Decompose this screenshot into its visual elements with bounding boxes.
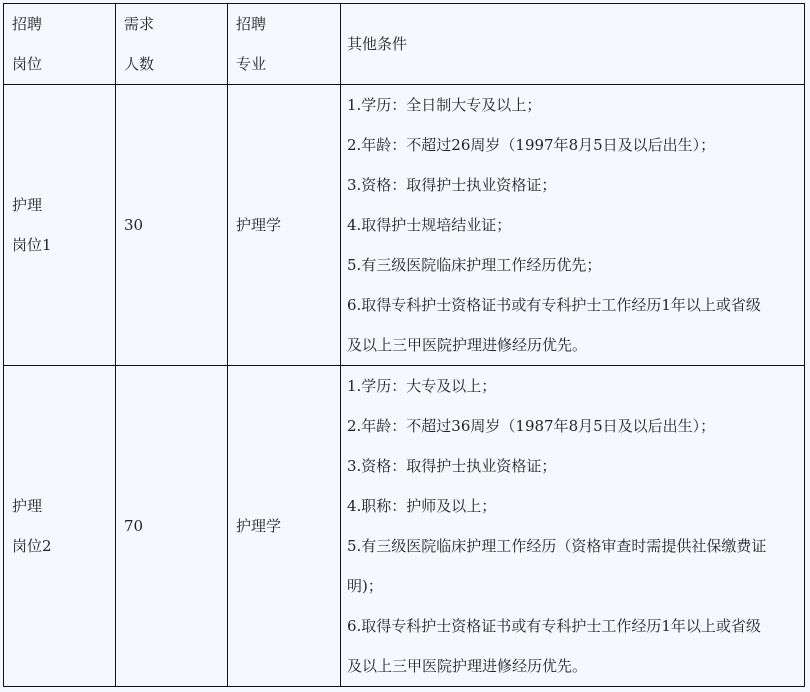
count-text: 30	[124, 205, 227, 245]
count-cell: 70	[116, 366, 228, 687]
condition-line: 3.资格：取得护士执业资格证；	[347, 165, 804, 205]
major-text: 护理学	[236, 506, 340, 546]
position-text: 护理	[12, 486, 115, 526]
position-cell: 护理 岗位2	[4, 366, 116, 687]
header-text: 招聘	[12, 4, 115, 44]
condition-line: 2.年龄：不超过26周岁（1997年8月5日及以后出生）；	[347, 125, 804, 165]
condition-line: 6.取得专科护士资格证书或有专科护士工作经历1年以上或省级	[347, 285, 804, 325]
header-text: 专业	[236, 44, 340, 84]
count-text: 70	[124, 506, 227, 546]
condition-line: 5.有三级医院临床护理工作经历（资格审查时需提供社保缴费证	[347, 526, 804, 566]
header-text: 人数	[124, 44, 227, 84]
header-count: 需求 人数	[116, 4, 228, 85]
count-cell: 30	[116, 85, 228, 366]
position-cell: 护理 岗位1	[4, 85, 116, 366]
header-text: 岗位	[12, 44, 115, 84]
header-conditions: 其他条件	[341, 4, 805, 85]
position-text: 岗位2	[12, 526, 115, 566]
condition-line: 明)；	[347, 566, 804, 606]
major-cell: 护理学	[228, 366, 341, 687]
condition-line: 及以上三甲医院护理进修经历优先。	[347, 325, 804, 365]
condition-line: 及以上三甲医院护理进修经历优先。	[347, 646, 804, 686]
conditions-cell: 1.学历：全日制大专及以上； 2.年龄：不超过26周岁（1997年8月5日及以后…	[341, 85, 805, 366]
header-text: 招聘	[236, 4, 340, 44]
condition-line: 1.学历：全日制大专及以上；	[347, 85, 804, 125]
major-cell: 护理学	[228, 85, 341, 366]
header-row: 招聘 岗位 需求 人数 招聘 专业 其他条件	[4, 4, 805, 85]
condition-line: 5.有三级医院临床护理工作经历优先；	[347, 245, 804, 285]
table-row: 护理 岗位1 30 护理学 1.学历：全日制大专及以上； 2.年龄：不超过26周…	[4, 85, 805, 366]
position-text: 护理	[12, 185, 115, 225]
position-text: 岗位1	[12, 225, 115, 265]
header-position: 招聘 岗位	[4, 4, 116, 85]
condition-line: 4.取得护士规培结业证；	[347, 205, 804, 245]
condition-line: 1.学历：大专及以上；	[347, 366, 804, 406]
header-text: 需求	[124, 4, 227, 44]
condition-line: 4.职称：护师及以上；	[347, 486, 804, 526]
table-row: 护理 岗位2 70 护理学 1.学历：大专及以上； 2.年龄：不超过36周岁（1…	[4, 366, 805, 687]
conditions-cell: 1.学历：大专及以上； 2.年龄：不超过36周岁（1987年8月5日及以后出生）…	[341, 366, 805, 687]
condition-line: 3.资格：取得护士执业资格证；	[347, 446, 804, 486]
condition-line: 6.取得专科护士资格证书或有专科护士工作经历1年以上或省级	[347, 606, 804, 646]
major-text: 护理学	[236, 205, 340, 245]
header-major: 招聘 专业	[228, 4, 341, 85]
header-text: 其他条件	[347, 24, 804, 64]
condition-line: 2.年龄：不超过36周岁（1987年8月5日及以后出生）；	[347, 406, 804, 446]
recruitment-table: 招聘 岗位 需求 人数 招聘 专业 其他条件 护理 岗位1 30	[3, 3, 805, 687]
